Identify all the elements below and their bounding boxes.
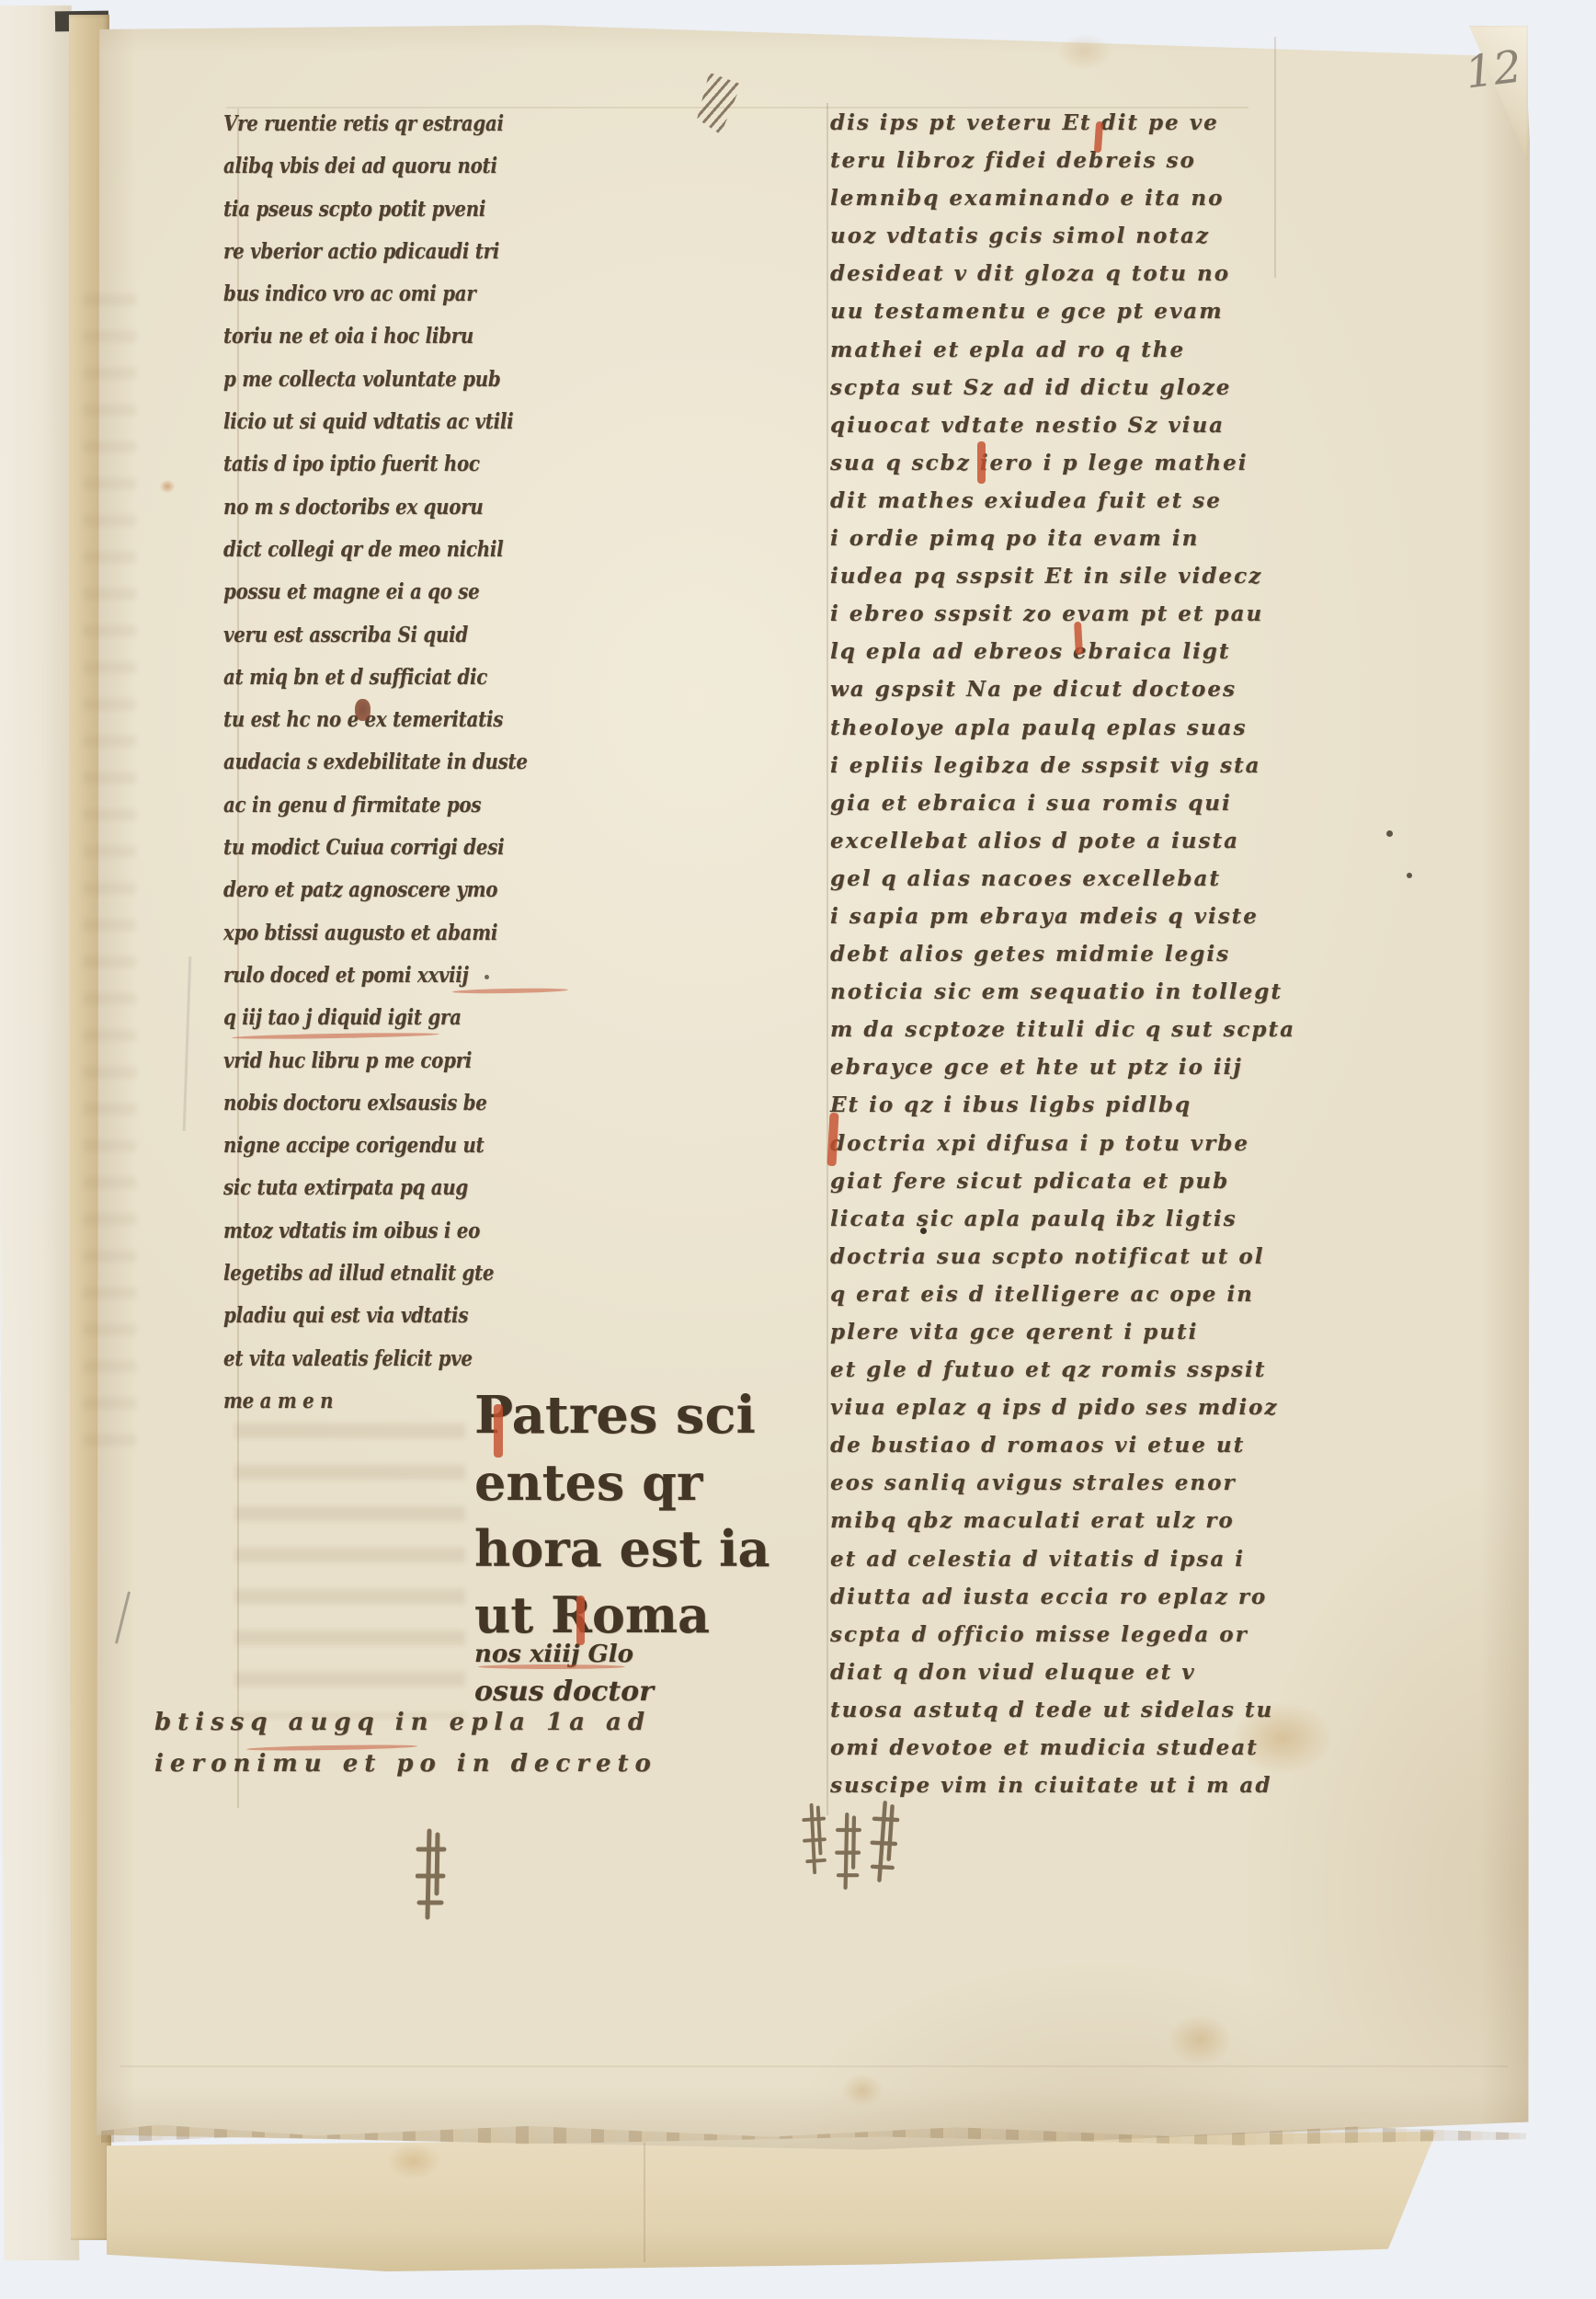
line-filler-flourish	[835, 1810, 862, 1902]
underlying-leaf-edge	[107, 2132, 1442, 2271]
crease-bottom	[120, 2065, 1508, 2067]
manuscript-line: viua eplaz q ips d pido ses mdioz	[830, 1395, 1262, 1433]
manuscript-line: rulo doced et pomi xxviij	[223, 963, 461, 1005]
manuscript-line: sua q scbz iero i p lege mathei	[830, 451, 1262, 488]
folio-number: 12	[1463, 40, 1524, 98]
manuscript-line: licio ut si quid vdtatis ac vtili	[223, 409, 461, 452]
manuscript-line: i epliis legibza de sspsit vig sta	[830, 753, 1262, 791]
foxing-stain	[386, 2143, 441, 2179]
manuscript-line: doctria sua scpto notificat ut ol	[830, 1244, 1262, 1282]
foxing-stain	[841, 2074, 883, 2107]
manuscript-line: iudea pq sspsit Et in sile videcz	[830, 564, 1262, 601]
manuscript-line: vrid huc libru p me copri	[223, 1048, 461, 1091]
manuscript-line: et ad celestia d vitatis d ipsa i	[830, 1547, 1262, 1584]
ink-speck	[484, 975, 489, 979]
red-ink-blob	[355, 699, 370, 721]
manuscript-line: ebrayce gce et hte ut ptz io iij	[830, 1055, 1262, 1092]
manuscript-line: theoloye apla paulq eplas suas	[830, 715, 1262, 753]
manuscript-line: ieronimu et po in decreto	[154, 1750, 657, 1791]
manuscript-line: teru libroz fidei debreis so	[830, 148, 1262, 186]
manuscript-line: sic tuta extirpata pq aug	[223, 1175, 461, 1218]
crease-under-leaf	[644, 2143, 645, 2262]
bleedthrough-margin-patch	[83, 294, 136, 1453]
manuscript-line: desideat v dit gloza q totu no	[830, 261, 1262, 299]
left-text-column: Vre ruentie retis qr estragaialibq vbis …	[223, 111, 461, 1431]
manuscript-line: nigne accipe corigendu ut	[223, 1133, 461, 1175]
manuscript-line: btissq augq in epla 1a ad	[154, 1709, 657, 1750]
manuscript-line: i sapia pm ebraya mdeis q viste	[830, 904, 1262, 942]
display-script-line: nos xiiij Glo	[474, 1641, 770, 1676]
manuscript-line: at miq bn et d sufficiat dic	[223, 665, 461, 707]
manuscript-line: q erat eis d itelligere ac ope in	[830, 1282, 1262, 1320]
manuscript-line: bus indico vro ac omi par	[223, 281, 461, 324]
manuscript-line: mathei et epla ad ro q the	[830, 337, 1262, 375]
manuscript-line: licata sic apla paulq ibz ligtis	[830, 1207, 1262, 1244]
manuscript-line: tuosa astutq d tede ut sidelas tu	[830, 1698, 1262, 1735]
ink-speck	[1407, 873, 1412, 878]
line-filler-flourish	[416, 1825, 447, 1934]
manuscript-line: tatis d ipo iptio fuerit hoc	[223, 452, 461, 494]
manuscript-line: alibq vbis dei ad quoru noti	[223, 154, 461, 196]
manuscript-line: lq epla ad ebreos ebraica ligt	[830, 639, 1262, 677]
foxing-stain	[1057, 33, 1112, 70]
line-filler-flourish	[867, 1797, 902, 1896]
manuscript-line: mtoz vdtatis im oibus i eo	[223, 1218, 461, 1261]
manuscript-line: i ebreo sspsit zo evam pt et pau	[830, 601, 1262, 639]
manuscript-line: doctria xpi difusa i p totu vrbe	[830, 1131, 1262, 1169]
manuscript-photo: 12 Vre ruentie retis qr estragaialibq vb…	[0, 0, 1596, 2299]
manuscript-line: dis ips pt veteru Et dit pe ve	[830, 110, 1262, 148]
manuscript-line: uu testamentu e gce pt evam	[830, 299, 1262, 337]
manuscript-line: veru est asscriba Si quid	[223, 623, 461, 665]
rubric-underline	[478, 1664, 625, 1669]
right-text-column: dis ips pt veteru Et dit pe veteru libro…	[830, 110, 1262, 1811]
ruling-vertical-right-column	[826, 103, 828, 1815]
manuscript-line: diutta ad iusta eccia ro eplaz ro	[830, 1584, 1262, 1622]
display-script-line: Patres sci	[474, 1385, 770, 1453]
manuscript-line: tu modict Cuiua corrigi desi	[223, 835, 461, 877]
display-script-line: osus doctor	[474, 1676, 770, 1710]
foxing-stain	[160, 480, 175, 493]
rubric-initial-stroke-R	[576, 1596, 585, 1645]
left-flyleaf-page	[0, 6, 79, 2260]
manuscript-line: tia pseus scpto potit pveni	[223, 197, 461, 239]
manuscript-line: noticia sic em sequatio in tollegt	[830, 979, 1262, 1017]
manuscript-line: debt alios getes midmie legis	[830, 942, 1262, 979]
display-script-line: ut Roma	[474, 1585, 770, 1641]
manuscript-line: scpta sut Sz ad id dictu gloze	[830, 375, 1262, 413]
manuscript-line: omi devotoe et mudicia studeat	[830, 1735, 1262, 1773]
manuscript-line: dict collegi qr de meo nichil	[223, 537, 461, 579]
manuscript-line: lemnibq examinando e ita no	[830, 186, 1262, 223]
manuscript-line: gel q alias nacoes excellebat	[830, 866, 1262, 904]
manuscript-line: excellebat alios d pote a iusta	[830, 829, 1262, 866]
manuscript-line: q iij tao j diquid igit gra	[223, 1005, 461, 1047]
manuscript-line: diat q don viud eluque et v	[830, 1660, 1262, 1698]
manuscript-line: possu et magne ei a qo se	[223, 579, 461, 622]
manuscript-line: Et io qz i ibus ligbs pidlbq	[830, 1092, 1262, 1130]
manuscript-line: giat fere sicut pdicata et pub	[830, 1169, 1262, 1207]
rubric-initial-stroke-P	[494, 1404, 503, 1458]
manuscript-line: ac in genu d firmitate pos	[223, 793, 461, 835]
manuscript-line: legetibs ad illud etnalit gte	[223, 1261, 461, 1303]
manuscript-line: audacia s exdebilitate in duste	[223, 749, 461, 792]
manuscript-line: uoz vdtatis gcis simol notaz	[830, 223, 1262, 261]
pinhole-dot	[920, 1228, 927, 1234]
display-script-line: hora est ia	[474, 1519, 770, 1585]
manuscript-line: de bustiao d romaos vi etue ut	[830, 1433, 1262, 1470]
bottom-margin-lines: btissq augq in epla 1a adieronimu et po …	[154, 1709, 657, 1791]
ruling-horizontal-top	[226, 107, 1248, 109]
manuscript-line: me a m e n	[223, 1389, 461, 1431]
bleedthrough-text-patch	[235, 1424, 465, 1718]
manuscript-line: qiuocat vdtate nestio Sz viua	[830, 413, 1262, 451]
manuscript-line: dero et patz agnoscere ymo	[223, 877, 461, 920]
ink-speck	[1386, 830, 1393, 837]
incipit-display-script: Patres scientes qrhora est iaut Romanos …	[474, 1385, 770, 1710]
manuscript-line: re vberior actio pdicaudi tri	[223, 239, 461, 281]
manuscript-line: dit mathes exiudea fuit et se	[830, 488, 1262, 526]
manuscript-line: wa gspsit Na pe dicut doctoes	[830, 677, 1262, 715]
manuscript-line: no m s doctoribs ex quoru	[223, 495, 461, 537]
display-script-line: entes qr	[474, 1453, 770, 1519]
manuscript-line: m da scptoze tituli dic q sut scpta	[830, 1017, 1262, 1055]
rubric-stroke	[977, 441, 986, 484]
manuscript-line: gia et ebraica i sua romis qui	[830, 791, 1262, 829]
manuscript-line: nobis doctoru exlsausis be	[223, 1091, 461, 1133]
manuscript-line: Vre ruentie retis qr estragai	[223, 111, 461, 154]
foxing-stain	[1168, 2014, 1232, 2065]
manuscript-line: i ordie pimq po ita evam in	[830, 526, 1262, 564]
manuscript-line: tu est hc no e ex temeritatis	[223, 707, 461, 749]
manuscript-line: pladiu qui est via vdtatis	[223, 1303, 461, 1345]
crease-top-right	[1274, 37, 1276, 278]
manuscript-line: p me collecta voluntate pub	[223, 367, 461, 409]
line-filler-flourish	[799, 1800, 832, 1886]
manuscript-line: xpo btissi augusto et abami	[223, 921, 461, 963]
manuscript-line: scpta d officio misse legeda or	[830, 1622, 1262, 1660]
manuscript-line: toriu ne et oia i hoc libru	[223, 324, 461, 366]
manuscript-line: plere vita gce qerent i puti	[830, 1320, 1262, 1357]
manuscript-line: mibq qbz maculati erat ulz ro	[830, 1508, 1262, 1546]
manuscript-line: et vita valeatis felicit pve	[223, 1346, 461, 1389]
manuscript-line: et gle d futuo et qz romis sspsit	[830, 1357, 1262, 1395]
manuscript-line: eos sanliq avigus strales enor	[830, 1470, 1262, 1508]
